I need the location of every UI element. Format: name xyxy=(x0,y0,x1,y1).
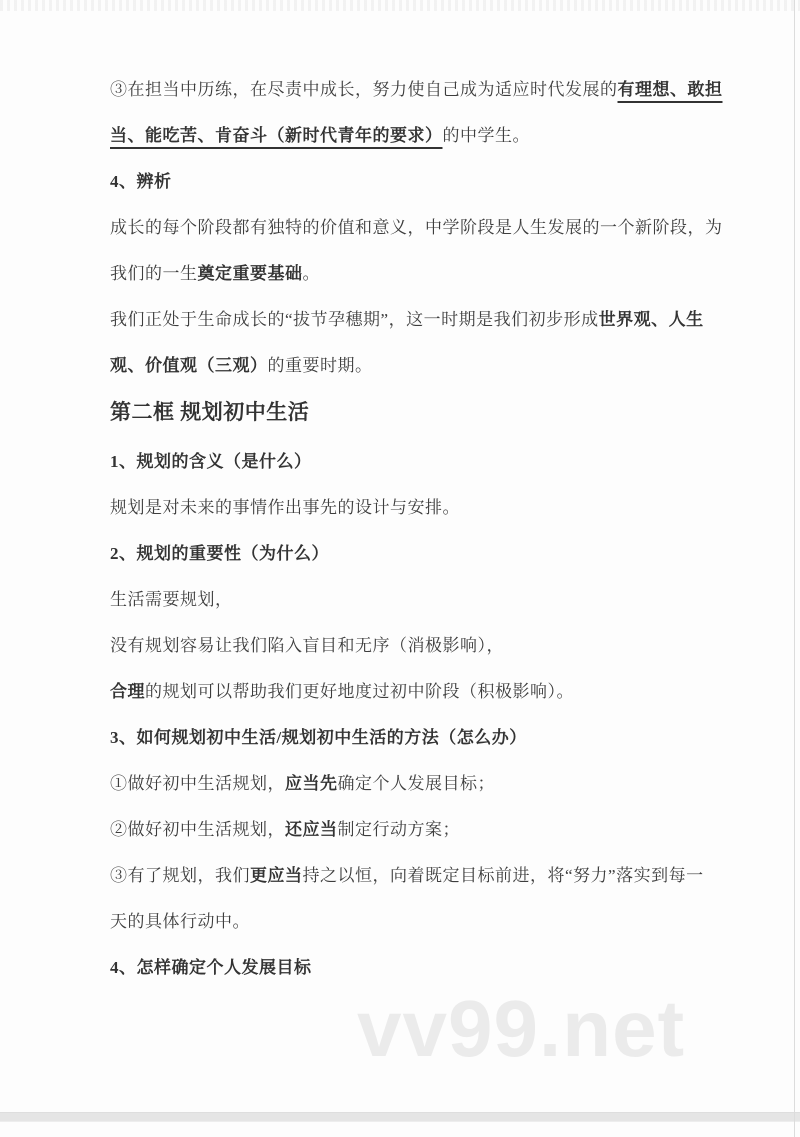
text-segment: ②做好初中生活规划， xyxy=(110,815,285,840)
text-segment: 确定个人发展目标； xyxy=(338,769,496,794)
text-segment: 规划是对未来的事情作出事先的设计与安排。 xyxy=(110,493,460,518)
paragraph-line: 规划是对未来的事情作出事先的设计与安排。 xyxy=(110,482,700,528)
text-segment: 持之以恒，向着既定目标前进，将“努力”落实到每一 xyxy=(303,861,704,886)
scan-edge-texture xyxy=(0,0,800,11)
text-segment: ③有了规划，我们 xyxy=(110,861,250,886)
text-segment: 没有规划容易让我们陷入盲目和无序（消极影响）， xyxy=(110,631,504,656)
text-segment: 世界观、人生 xyxy=(599,305,704,330)
page-break-divider xyxy=(0,1112,800,1122)
paragraph-line: ②做好初中生活规划，还应当制定行动方案； xyxy=(110,804,700,850)
text-segment: 天的具体行动中。 xyxy=(110,907,250,932)
paragraph-line: 当、能吃苦、肯奋斗（新时代青年的要求）的中学生。 xyxy=(110,110,700,156)
text-segment: 4、怎样确定个人发展目标 xyxy=(110,953,312,978)
text-segment: 更应当 xyxy=(250,861,303,886)
paragraph-line: 没有规划容易让我们陷入盲目和无序（消极影响）， xyxy=(110,620,700,666)
text-segment: 的规划可以帮助我们更好地度过初中阶段（积极影响）。 xyxy=(145,677,574,702)
chapter-title: 第二框 规划初中生活 xyxy=(110,386,700,436)
text-segment: 3、如何规划初中生活/规划初中生活的方法（怎么办） xyxy=(110,723,527,748)
text-segment: 的中学生。 xyxy=(443,121,531,146)
text-segment: 制定行动方案； xyxy=(338,815,461,840)
text-segment: ①做好初中生活规划， xyxy=(110,769,285,794)
paragraph-line: 观、价值观（三观）的重要时期。 xyxy=(110,340,700,386)
text-segment: 第二框 规划初中生活 xyxy=(110,396,309,426)
document-page: vv99.net ③在担当中历练，在尽责中成长，努力使自己成为适应时代发展的有理… xyxy=(0,0,800,1137)
text-segment: 合理 xyxy=(110,677,145,702)
text-segment: 我们的一生 xyxy=(110,259,198,284)
document-lines: ③在担当中历练，在尽责中成长，努力使自己成为适应时代发展的有理想、敢担当、能吃苦… xyxy=(110,64,700,988)
text-segment: 成长的每个阶段都有独特的价值和意义，中学阶段是人生发展的一个新阶段，为 xyxy=(110,213,723,238)
text-segment: 。 xyxy=(303,259,321,284)
paragraph-line: ③在担当中历练，在尽责中成长，努力使自己成为适应时代发展的有理想、敢担 xyxy=(110,64,700,110)
text-segment: 4、辨析 xyxy=(110,167,172,192)
text-segment: 奠定重要基础 xyxy=(198,259,303,284)
section-heading: 4、怎样确定个人发展目标 xyxy=(110,942,700,988)
text-segment: ③在担当中历练，在尽责中成长，努力使自己成为适应时代发展的 xyxy=(110,75,618,100)
text-segment: 观、价值观（三观） xyxy=(110,351,268,376)
text-segment: 1、规划的含义（是什么） xyxy=(110,447,312,472)
paragraph-line: ③有了规划，我们更应当持之以恒，向着既定目标前进，将“努力”落实到每一 xyxy=(110,850,700,896)
text-segment: 我们正处于生命成长的“拔节孕穗期”，这一时期是我们初步形成 xyxy=(110,305,599,330)
page-right-edge xyxy=(794,0,795,1137)
section-heading: 3、如何规划初中生活/规划初中生活的方法（怎么办） xyxy=(110,712,700,758)
paragraph-line: 我们正处于生命成长的“拔节孕穗期”，这一时期是我们初步形成世界观、人生 xyxy=(110,294,700,340)
text-segment: 2、规划的重要性（为什么） xyxy=(110,539,329,564)
watermark-text: vv99.net xyxy=(357,983,685,1075)
text-segment: 还应当 xyxy=(285,815,338,840)
text-segment: 有理想、敢担 xyxy=(618,75,723,100)
paragraph-line: ①做好初中生活规划，应当先确定个人发展目标； xyxy=(110,758,700,804)
paragraph-line: 生活需要规划， xyxy=(110,574,700,620)
paragraph-line: 合理的规划可以帮助我们更好地度过初中阶段（积极影响）。 xyxy=(110,666,700,712)
paragraph-line: 成长的每个阶段都有独特的价值和意义，中学阶段是人生发展的一个新阶段，为 xyxy=(110,202,700,248)
paragraph-line: 天的具体行动中。 xyxy=(110,896,700,942)
section-heading: 1、规划的含义（是什么） xyxy=(110,436,700,482)
paragraph-line: 我们的一生奠定重要基础。 xyxy=(110,248,700,294)
text-segment: 当、能吃苦、肯奋斗（新时代青年的要求） xyxy=(110,121,443,146)
text-segment: 的重要时期。 xyxy=(268,351,373,376)
section-heading: 4、辨析 xyxy=(110,156,700,202)
text-segment: 生活需要规划， xyxy=(110,585,233,610)
text-segment: 应当先 xyxy=(285,769,338,794)
section-heading: 2、规划的重要性（为什么） xyxy=(110,528,700,574)
